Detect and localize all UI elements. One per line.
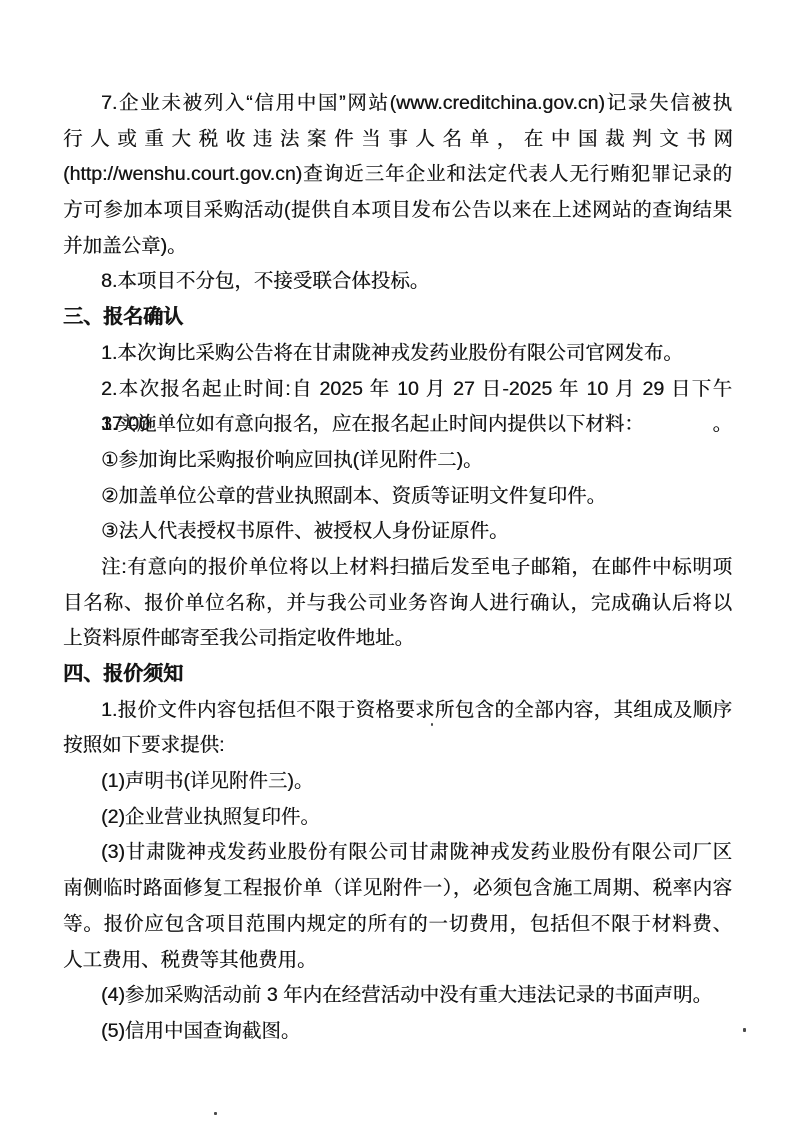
text-line: 行人或重大税收违法案件当事人名单，在中国裁判文书网 <box>63 122 732 158</box>
text-line: 人工费用、税费等其他费用。 <box>63 943 732 979</box>
text-line: 南侧临时路面修复工程报价单（详见附件一），必须包含施工周期、税率内容 <box>63 871 732 907</box>
section-heading-registration-confirmation: 三、报名确认 <box>63 300 732 336</box>
scan-artifact-dot <box>431 723 433 726</box>
text-line: 上资料原件邮寄至我公司指定收件地址。 <box>63 621 732 657</box>
text-line: 按照如下要求提供: <box>63 728 732 764</box>
text-line: 方可参加本项目采购活动(提供自本项目发布公告以来在上述网站的查询结果 <box>63 193 732 229</box>
text-line: 注:有意向的报价单位将以上材料扫描后发至电子邮箱，在邮件中标明项 <box>63 550 732 586</box>
text-line: (3)甘肃陇神戎发药业股份有限公司甘肃陇神戎发药业股份有限公司厂区 <box>63 835 732 871</box>
text-line: 7.企业未被列入“信用中国”网站(www.creditchina.gov.cn)… <box>63 86 732 122</box>
text-line: ①参加询比采购报价响应回执(详见附件二)。 <box>63 443 732 479</box>
text-line: 1.本次询比采购公告将在甘肃陇神戎发药业股份有限公司官网发布。 <box>63 336 732 372</box>
text-line: 2.本次报名起止时间:自 2025 年 10 月 27 日-2025 年 10 … <box>63 372 732 408</box>
scan-artifact-dot <box>743 1028 746 1032</box>
text-line: 并加盖公章)。 <box>63 229 732 265</box>
text-line: (http://wenshu.court.gov.cn)查询近三年企业和法定代表… <box>63 157 732 193</box>
scanned-document-page: 7.企业未被列入“信用中国”网站(www.creditchina.gov.cn)… <box>0 0 793 1122</box>
text-line: (2)企业营业执照复印件。 <box>63 800 732 836</box>
text-line: (5)信用中国查询截图。 <box>63 1014 732 1050</box>
text-line: 8.本项目不分包，不接受联合体投标。 <box>63 264 732 300</box>
text-line: ③法人代表授权书原件、被授权人身份证原件。 <box>63 514 732 550</box>
document-text-column: 7.企业未被列入“信用中国”网站(www.creditchina.gov.cn)… <box>63 86 732 1050</box>
text-line: 1.报价文件内容包括但不限于资格要求所包含的全部内容，其组成及顺序 <box>63 693 732 729</box>
text-line: (4)参加采购活动前 3 年内在经营活动中没有重大违法记录的书面声明。 <box>63 978 732 1014</box>
text-line: 目名称、报价单位名称，并与我公司业务咨询人进行确认，完成确认后将以 <box>63 586 732 622</box>
text-line: ②加盖单位公章的营业执照副本、资质等证明文件复印件。 <box>63 479 732 515</box>
text-line: 3.实施单位如有意向报名，应在报名起止时间内提供以下材料： <box>63 407 732 443</box>
section-heading-quotation-notes: 四、报价须知 <box>63 657 732 693</box>
text-line: (1)声明书(详见附件三)。 <box>63 764 732 800</box>
text-line: 等。报价应包含项目范围内规定的所有的一切费用，包括但不限于材料费、 <box>63 907 732 943</box>
scan-artifact-dot <box>214 1112 217 1115</box>
